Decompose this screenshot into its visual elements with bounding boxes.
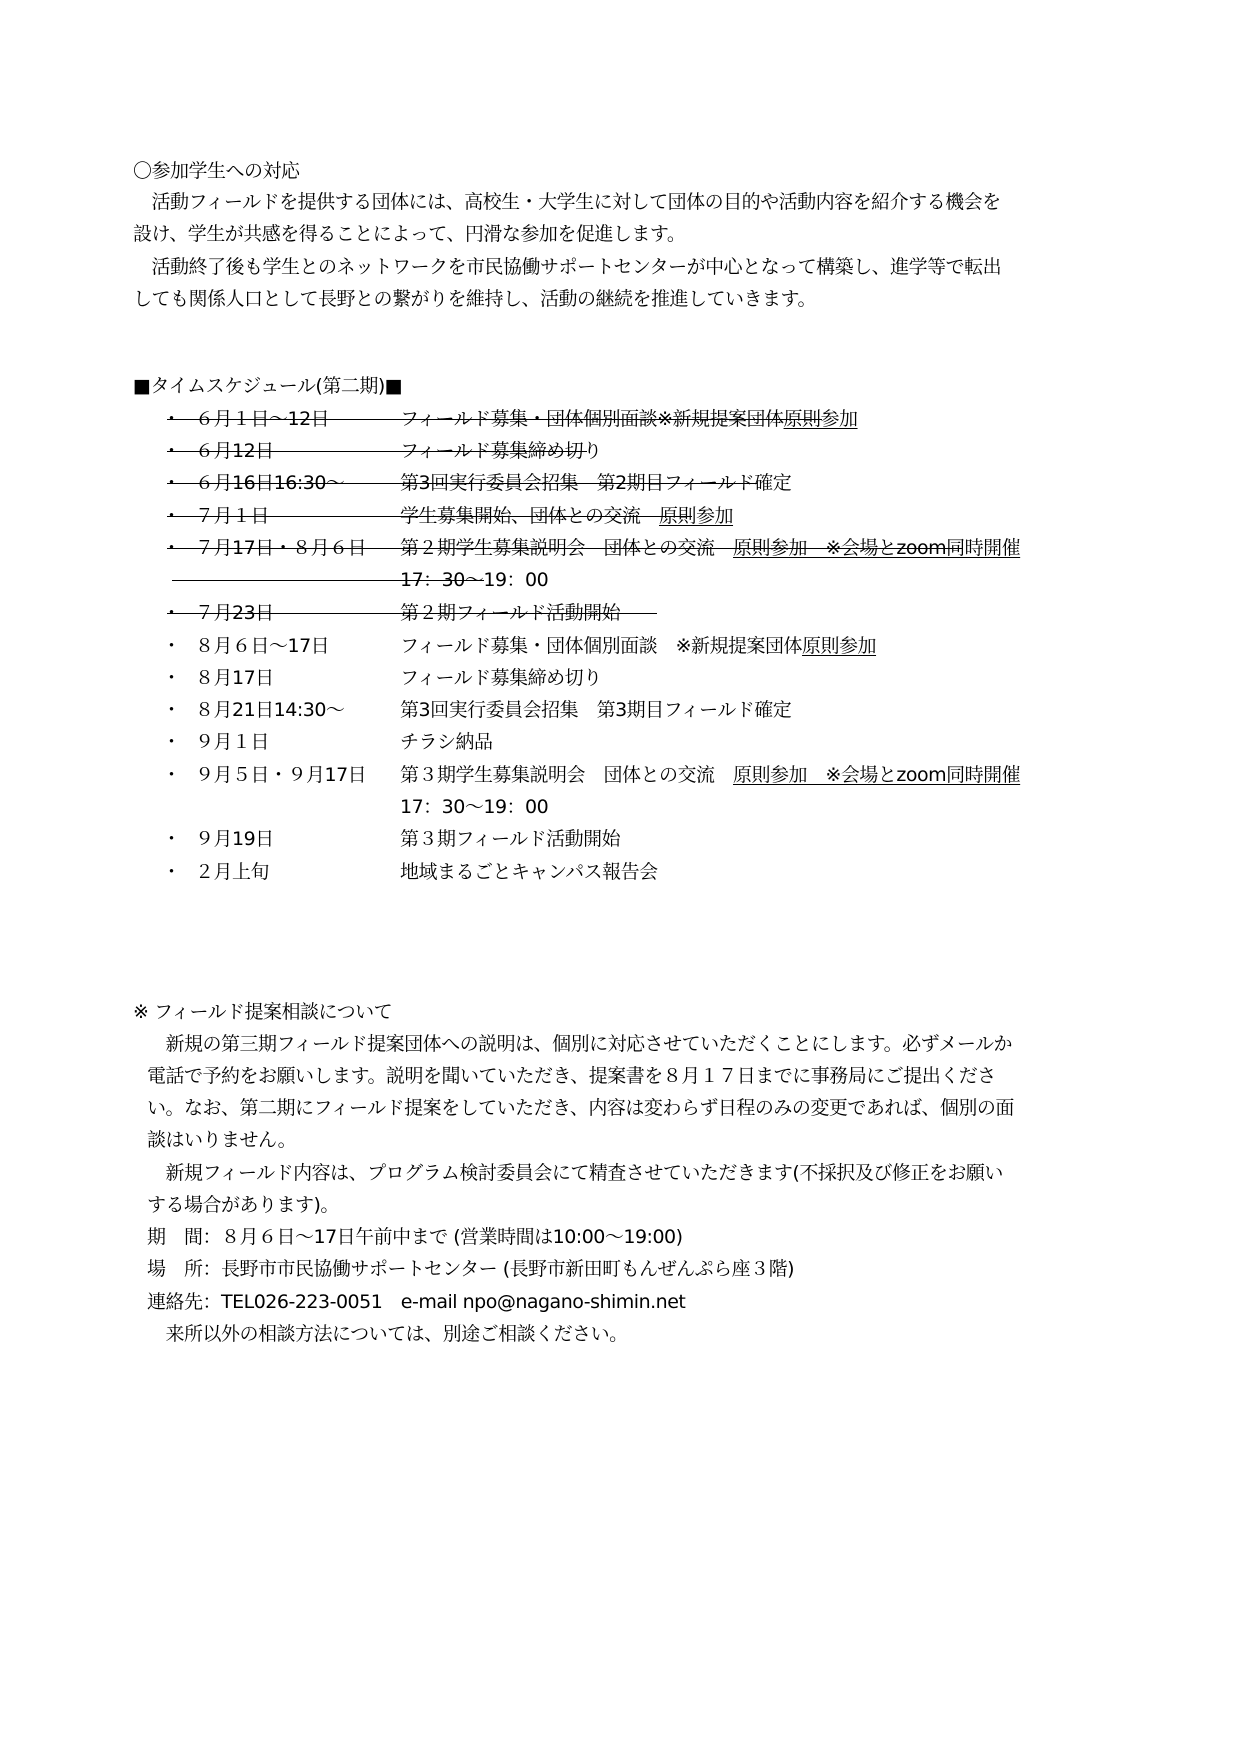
schedule-description: 第３期フィールド活動開始 <box>400 827 620 851</box>
schedule-description: 第3回実行委員会招集 第3期目フィールド確定 <box>400 698 791 722</box>
schedule-row: ・７月17日・８月６日第２期学生募集説明会 団体との交流 原則参加 ※会場とzo… <box>0 536 1241 560</box>
schedule-row: 17：30～19：00 <box>0 795 1241 819</box>
schedule-description-text: 第３期フィールド活動開始 <box>400 828 620 850</box>
schedule-row: ・８月17日フィールド募集締め切り <box>0 666 1241 690</box>
schedule-underlined-note: 原則参加 <box>802 635 876 657</box>
bullet-icon: ・ <box>162 634 181 658</box>
schedule-description-text: 第3回実行委員会招集 第3期目フィールド確定 <box>400 699 791 721</box>
paragraph-line: 新規フィールド内容は、プログラム検討委員会にて精査させていただきます(不採択及び… <box>147 1161 1003 1185</box>
schedule-description-text: フィールド募集締め切り <box>400 667 602 689</box>
paragraph-line: 電話で予約をお願いします。説明を聞いていただき、提案書を８月１７日までに事務局に… <box>147 1064 996 1088</box>
schedule-underlined-note: 原則参加 ※会場とzoom同時開催 <box>733 764 1020 786</box>
schedule-heading: ■タイムスケジュール(第二期)■ <box>133 374 402 398</box>
bullet-icon: ・ <box>162 827 181 851</box>
schedule-row: ・６月12日フィールド募集締め切り <box>0 439 1241 463</box>
bullet-icon: ・ <box>162 860 181 884</box>
strikethrough-line <box>167 419 822 420</box>
schedule-row: ・９月５日・９月17日第３期学生募集説明会 団体との交流 原則参加 ※会場とzo… <box>0 763 1241 787</box>
strikethrough-line <box>167 613 657 614</box>
schedule-date: ８月21日14:30～ <box>195 698 344 722</box>
consult-place: 場 所：長野市市民協働サポートセンター (長野市新田町もんぜんぷら座３階) <box>147 1257 794 1281</box>
schedule-date: ８月17日 <box>195 666 274 690</box>
schedule-description-text: チラシ納品 <box>400 731 493 753</box>
schedule-description: チラシ納品 <box>400 730 493 754</box>
schedule-description-text: フィールド募集・団体個別面談 ※新規提案団体 <box>400 635 802 657</box>
strikethrough-line <box>167 548 962 549</box>
bullet-icon: ・ <box>162 763 181 787</box>
consult-heading: ※ フィールド提案相談について <box>133 1000 392 1024</box>
paragraph-line: 新規の第三期フィールド提案団体への説明は、個別に対応させていただくことにします。… <box>147 1032 1012 1056</box>
schedule-description: フィールド募集締め切り <box>400 666 602 690</box>
schedule-row: ・６月１日～12日フィールド募集・団体個別面談※新規提案団体原則参加 <box>0 407 1241 431</box>
strikethrough-line <box>167 451 587 452</box>
schedule-row: ・９月１日 チラシ納品 <box>0 730 1241 754</box>
schedule-date: ８月６日～17日 <box>195 634 329 658</box>
schedule-description-text: 第３期学生募集説明会 団体との交流 <box>400 764 733 786</box>
section-heading-student-support: 〇参加学生への対応 <box>133 159 300 183</box>
schedule-row: ・８月６日～17日フィールド募集・団体個別面談 ※新規提案団体原則参加 <box>0 634 1241 658</box>
paragraph-line: い。なお、第二期にフィールド提案をしていただき、内容は変わらず日程のみの変更であ… <box>147 1096 1014 1120</box>
strikethrough-line <box>167 516 692 517</box>
schedule-description: 地域まるごとキャンパス報告会 <box>400 860 658 884</box>
paragraph-line: 設け、学生が共感を得ることによって、円滑な参加を促進します。 <box>133 222 685 246</box>
schedule-row: ・７月１日学生募集開始、団体との交流 原則参加 <box>0 504 1241 528</box>
bullet-icon: ・ <box>162 730 181 754</box>
schedule-date: ９月５日・９月17日 <box>195 763 366 787</box>
paragraph-line: しても関係人口として長野との繋がりを維持し、活動の継続を推進していきます。 <box>133 287 816 311</box>
paragraph-line: 活動終了後も学生とのネットワークを市民協働サポートセンターが中心となって構築し、… <box>133 255 1001 279</box>
consult-other-methods: 来所以外の相談方法については、別途ご相談ください。 <box>147 1322 628 1346</box>
schedule-description: 第３期学生募集説明会 団体との交流 原則参加 ※会場とzoom同時開催 <box>400 763 1020 787</box>
schedule-row: ・９月19日 第３期フィールド活動開始 <box>0 827 1241 851</box>
paragraph-line: 談はいりません。 <box>147 1128 296 1152</box>
paragraph-line: する場合があります)。 <box>147 1193 339 1217</box>
schedule-date: ９月１日 <box>195 730 269 754</box>
schedule-date: ９月19日 <box>195 827 274 851</box>
schedule-row: ・２月上旬 地域まるごとキャンパス報告会 <box>0 860 1241 884</box>
schedule-description: フィールド募集・団体個別面談 ※新規提案団体原則参加 <box>400 634 876 658</box>
consult-contact: 連絡先：TEL026-223-0051 e-mail npo@nagano-sh… <box>147 1290 685 1314</box>
schedule-row: ・６月16日16:30～ 第3回実行委員会招集 第2期目フィールド確定 <box>0 471 1241 495</box>
paragraph-line: 活動フィールドを提供する団体には、高校生・大学生に対して団体の目的や活動内容を紹… <box>133 190 1001 214</box>
strikethrough-line <box>172 580 484 581</box>
schedule-row: ・７月23日第２期フィールド活動開始 <box>0 601 1241 625</box>
schedule-description: 17：30～19：00 <box>400 795 548 819</box>
schedule-description-text: 地域まるごとキャンパス報告会 <box>400 861 658 883</box>
schedule-description-text: 17：30～19：00 <box>400 796 548 818</box>
consult-period: 期 間：８月６日～17日午前中まで (営業時間は10:00～19:00) <box>147 1225 683 1249</box>
schedule-row: ・８月21日14:30～ 第3回実行委員会招集 第3期目フィールド確定 <box>0 698 1241 722</box>
bullet-icon: ・ <box>162 698 181 722</box>
strikethrough-line <box>167 483 757 484</box>
schedule-row: 17：30～19：00 <box>0 568 1241 592</box>
schedule-date: ２月上旬 <box>195 860 269 884</box>
bullet-icon: ・ <box>162 666 181 690</box>
